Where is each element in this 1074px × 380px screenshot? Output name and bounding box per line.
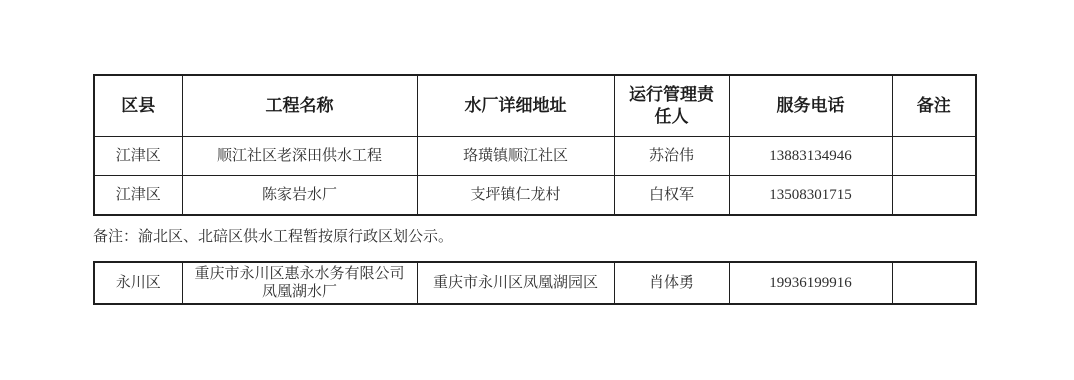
cell-plant-address: 重庆市永川区凤凰湖园区: [417, 262, 614, 304]
cell-project-name: 顺江社区老深田供水工程: [182, 137, 417, 176]
cell-project-name: 陈家岩水厂: [182, 176, 417, 216]
table-row: 江津区 陈家岩水厂 支坪镇仁龙村 白权军 13508301715: [94, 176, 976, 216]
cell-district: 江津区: [94, 176, 182, 216]
cell-remarks: [892, 176, 976, 216]
cell-remarks: [892, 262, 976, 304]
cell-service-phone: 13883134946: [729, 137, 892, 176]
cell-manager: 白权军: [614, 176, 729, 216]
header-service-phone: 服务电话: [729, 75, 892, 137]
remark-note: 备注：渝北区、北碚区供水工程暂按原行政区划公示。: [93, 228, 975, 247]
document-page: 区县 工程名称 水厂详细地址 运行管理责任人 服务电话 备注 江津区 顺江社区老…: [0, 0, 1074, 380]
header-row: 区县 工程名称 水厂详细地址 运行管理责任人 服务电话 备注: [94, 75, 976, 137]
table-row: 江津区 顺江社区老深田供水工程 珞璜镇顺江社区 苏治伟 13883134946: [94, 137, 976, 176]
cell-plant-address: 支坪镇仁龙村: [417, 176, 614, 216]
table-row: 永川区 重庆市永川区惠永水务有限公司凤凰湖水厂 重庆市永川区凤凰湖园区 肖体勇 …: [94, 262, 976, 304]
cell-service-phone: 19936199916: [729, 262, 892, 304]
cell-manager: 苏治伟: [614, 137, 729, 176]
header-project-name: 工程名称: [182, 75, 417, 137]
cell-district: 江津区: [94, 137, 182, 176]
header-remarks: 备注: [892, 75, 976, 137]
header-district: 区县: [94, 75, 182, 137]
water-supply-table-main: 区县 工程名称 水厂详细地址 运行管理责任人 服务电话 备注 江津区 顺江社区老…: [93, 74, 977, 216]
cell-service-phone: 13508301715: [729, 176, 892, 216]
document-content: 区县 工程名称 水厂详细地址 运行管理责任人 服务电话 备注 江津区 顺江社区老…: [93, 74, 975, 305]
header-plant-address: 水厂详细地址: [417, 75, 614, 137]
cell-plant-address: 珞璜镇顺江社区: [417, 137, 614, 176]
cell-remarks: [892, 137, 976, 176]
cell-project-name: 重庆市永川区惠永水务有限公司凤凰湖水厂: [182, 262, 417, 304]
cell-district: 永川区: [94, 262, 182, 304]
cell-manager: 肖体勇: [614, 262, 729, 304]
water-supply-table-yongchuan: 永川区 重庆市永川区惠永水务有限公司凤凰湖水厂 重庆市永川区凤凰湖园区 肖体勇 …: [93, 261, 977, 305]
header-manager: 运行管理责任人: [614, 75, 729, 137]
